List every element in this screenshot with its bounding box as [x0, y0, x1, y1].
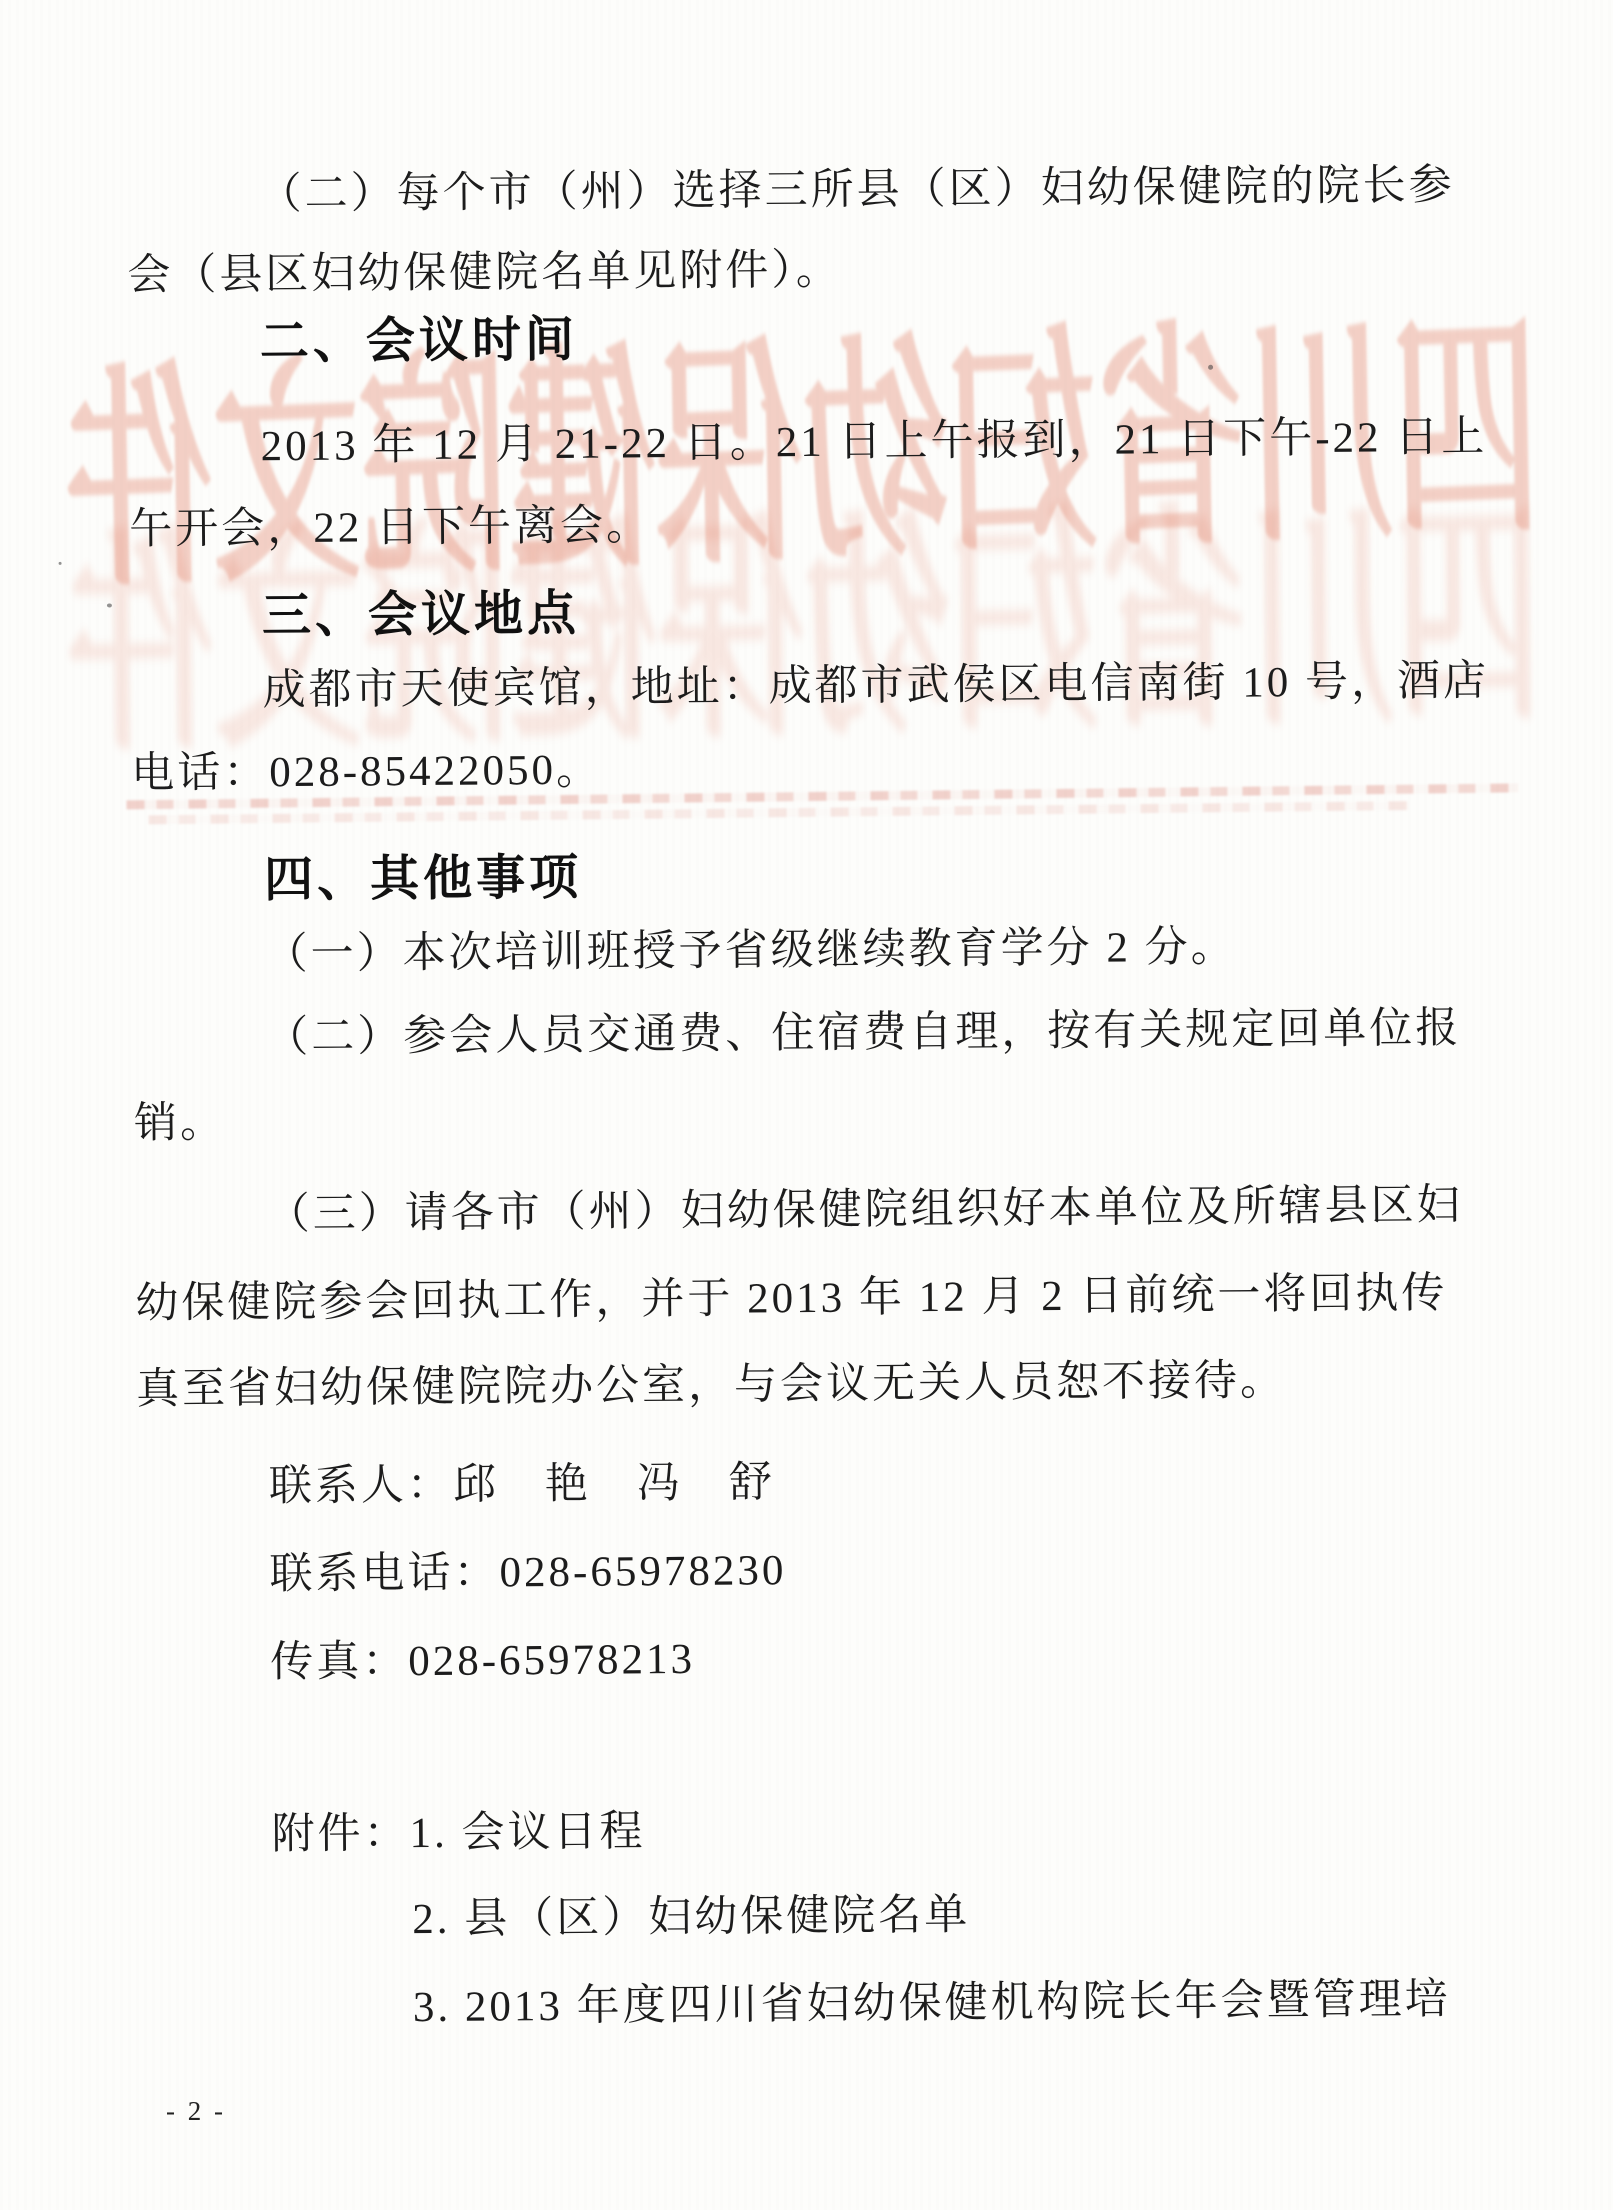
attachment-line2: 2. 县（区）妇幼保健院名单 — [412, 1891, 970, 1945]
other-item2-line1: （二）参会人员交通费、住宿费自理，按有关规定回单位报 — [265, 1004, 1461, 1063]
other-item3-line2: 幼保健院参会回执工作，并于 2013 年 12 月 2 日前统一将回执传 — [135, 1269, 1447, 1329]
paragraph-item2-line1: （二）每个市（州）选择三所县（区）妇幼保健院的院长参 — [259, 161, 1455, 220]
scan-speck — [1208, 365, 1213, 370]
paragraph-item2-line2: 会（县区妇幼保健院名单见附件）。 — [127, 246, 842, 301]
section-heading-other-items: 四、其他事项 — [264, 852, 582, 908]
scan-speck — [59, 562, 62, 565]
meeting-place-line2: 电话：028-85422050。 — [131, 746, 602, 799]
meeting-time-line1: 2013 年 12 月 21-22 日。21 日上午报到，21 日下午-22 日… — [260, 413, 1487, 472]
contact-person-line: 联系人：邱 艳 冯 舒 — [269, 1458, 775, 1511]
meeting-time-line2: 午开会，22 日下午离会。 — [129, 501, 652, 555]
meeting-place-line1: 成都市天使宾馆，地址：成都市武侯区电信南街 10 号，酒店 — [262, 657, 1489, 716]
section-heading-meeting-time: 二、会议时间 — [260, 314, 578, 370]
contact-phone-line: 联系电话：028-65978230 — [269, 1546, 786, 1599]
attachment-line3: 3. 2013 年度四川省妇幼保健机构院长年会暨管理培 — [413, 1975, 1451, 2033]
other-item3-line1: （三）请各市（州）妇幼保健院组织好本单位及所辖县区妇 — [267, 1181, 1463, 1240]
page-number: - 2 - — [166, 2096, 226, 2127]
other-item3-line3: 真至省妇幼保健院院办公室，与会议无关人员恕不接待。 — [136, 1356, 1286, 1414]
fax-line: 传真：028-65978213 — [270, 1635, 695, 1688]
scan-speck — [107, 603, 112, 607]
other-item1: （一）本次培训班授予省级继续教育学分 2 分。 — [264, 923, 1236, 980]
section-heading-meeting-place: 三、会议地点 — [262, 588, 580, 644]
attachment-line1: 附件：1. 会议日程 — [271, 1807, 645, 1859]
scanned-document-page: 四川省妇幼保健院文件 四川省妇幼保健院文件 （二）每个市（州）选择三所县（区）妇… — [0, 0, 1613, 2210]
other-item2-line2: 销。 — [134, 1099, 226, 1149]
scan-tilt-layer: 四川省妇幼保健院文件 四川省妇幼保健院文件 （二）每个市（州）选择三所县（区）妇… — [0, 0, 1613, 2210]
